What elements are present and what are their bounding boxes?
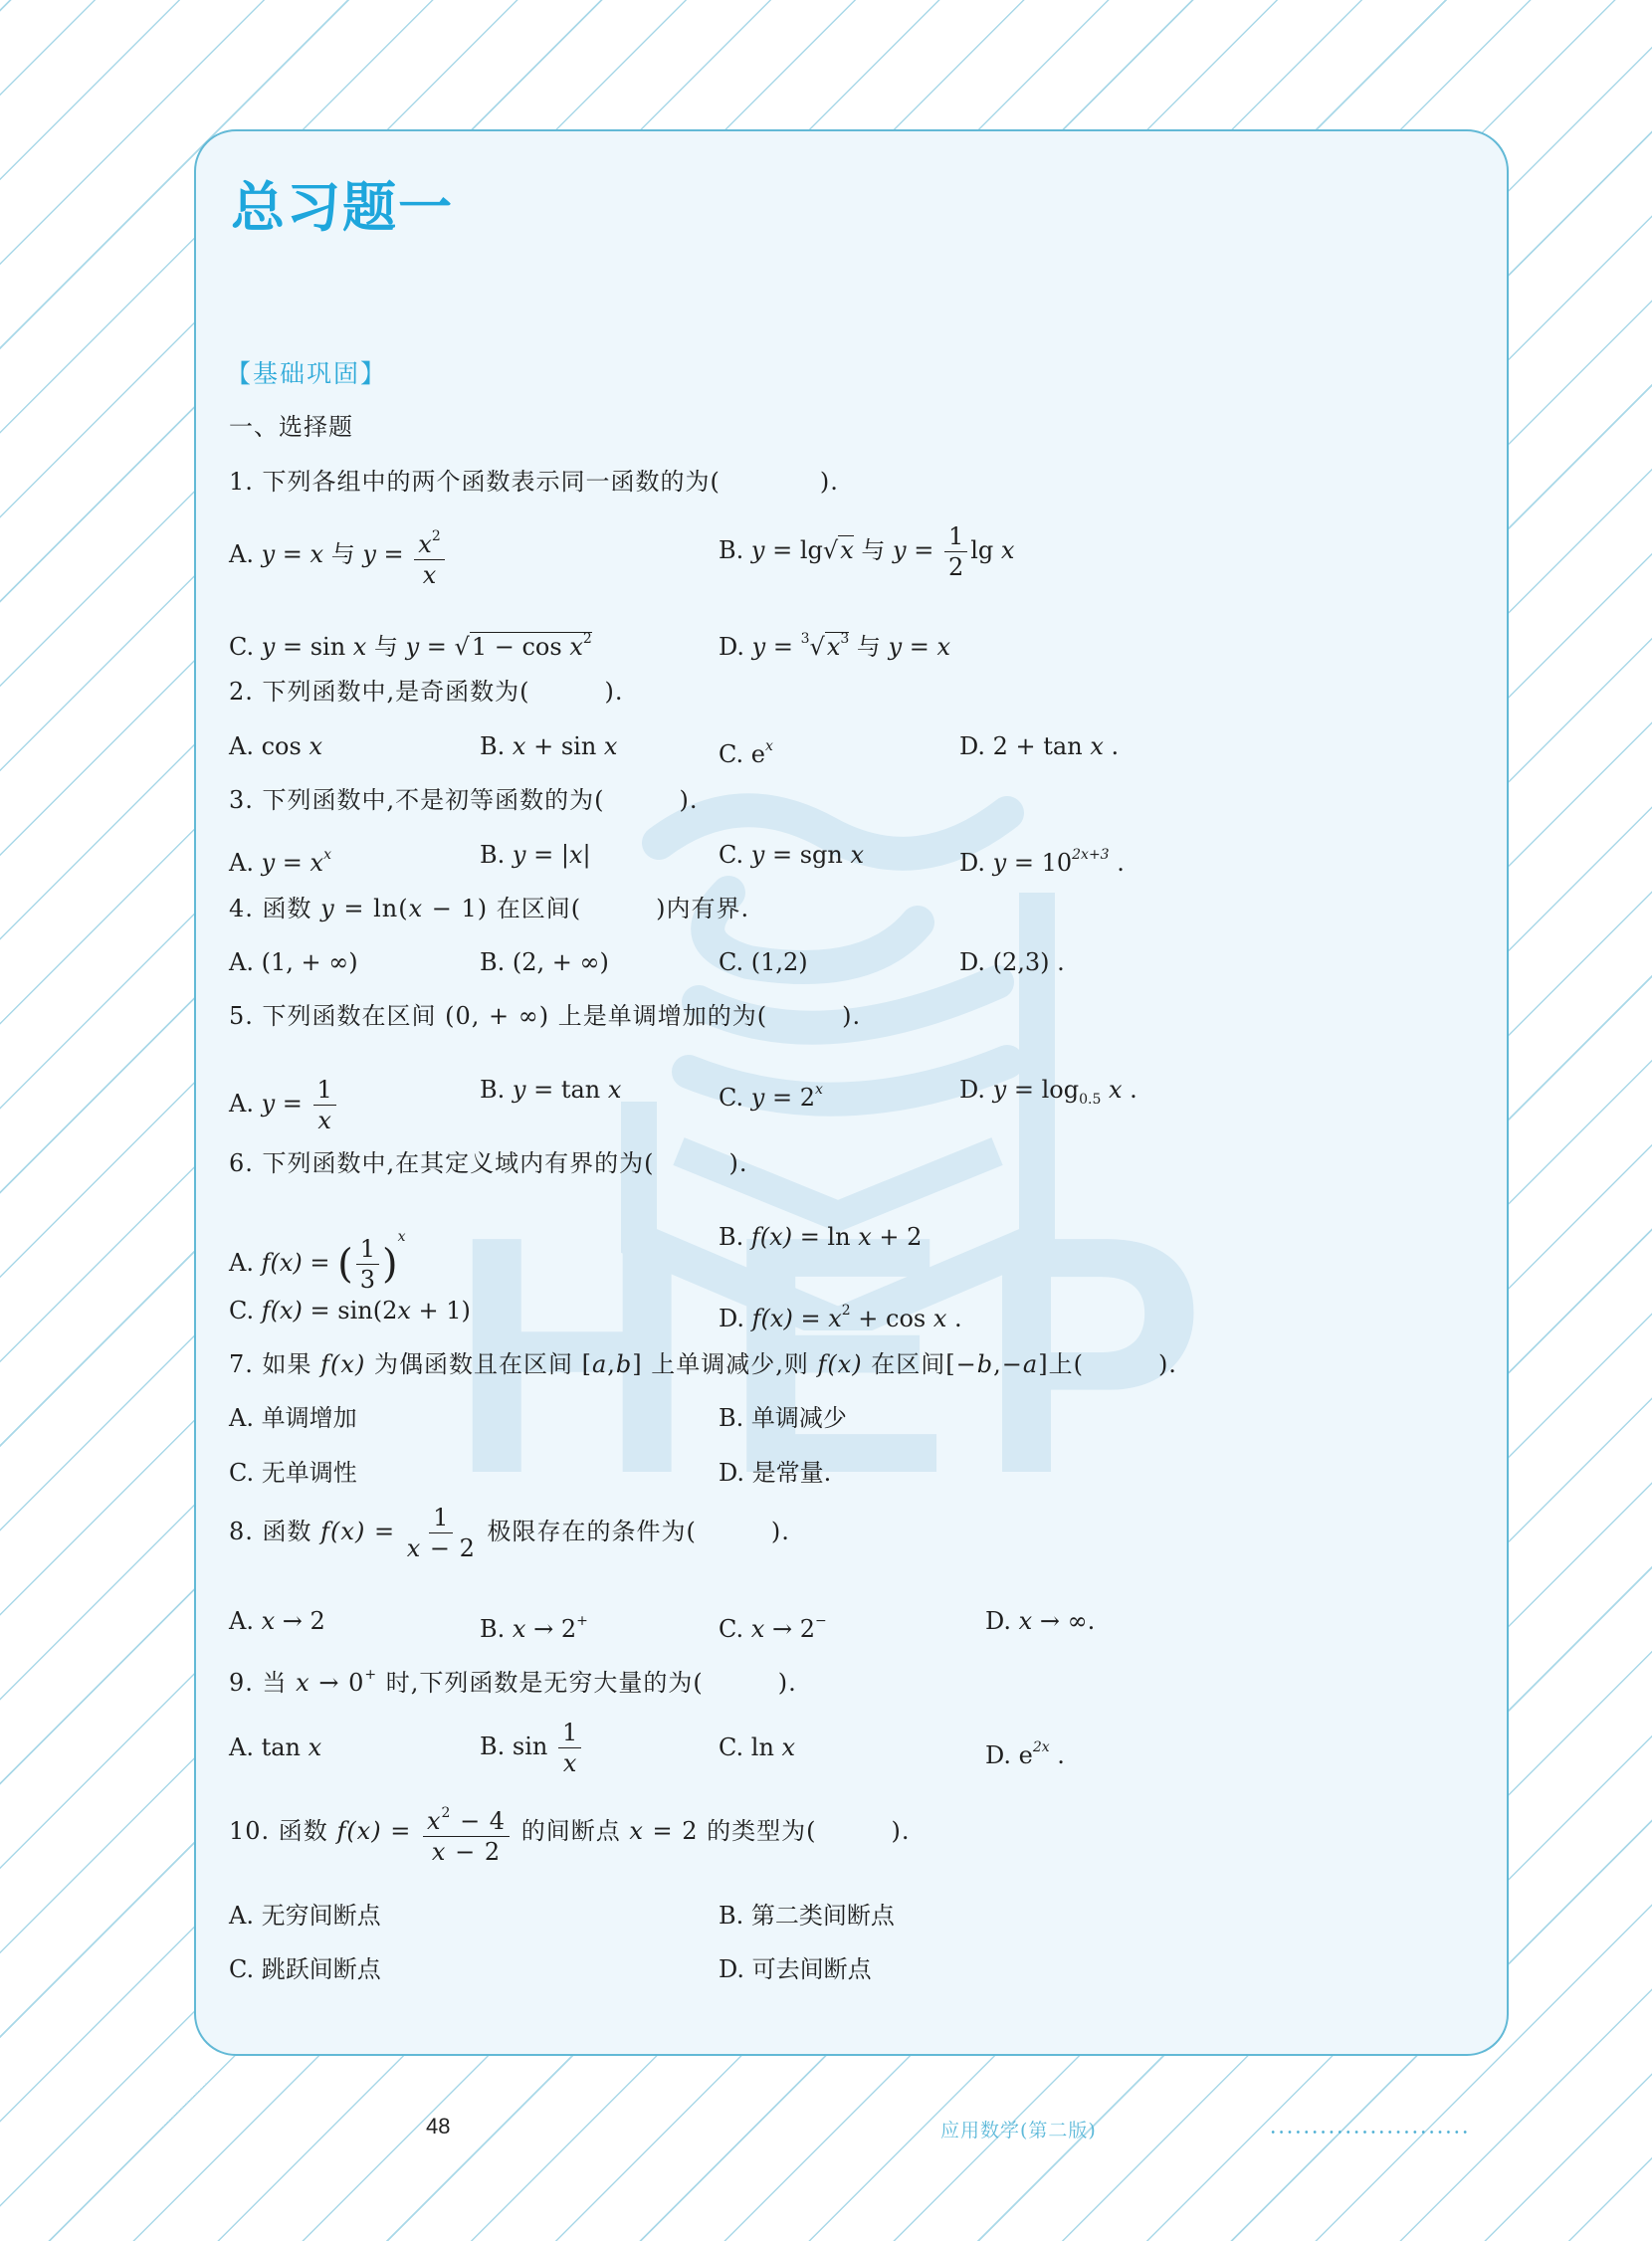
math-op: = (275, 540, 310, 568)
question-9-option-b[interactable]: B. sin 1x (480, 1718, 584, 1778)
math-var: x (1109, 1076, 1123, 1104)
section-label: 【基础巩固】 (226, 354, 387, 390)
question-1-option-c[interactable]: C. y = sin x 与 y = √1 − cos x2 (229, 624, 592, 662)
math-var: x (858, 1223, 872, 1251)
math-var: a (1023, 1350, 1038, 1378)
option-letter: C. (719, 1733, 751, 1761)
numerator: 1 (429, 1503, 453, 1533)
superscript: + (364, 1667, 377, 1683)
arrow: → (310, 1669, 348, 1697)
arrow: → (275, 1607, 310, 1635)
math-var: x (432, 1838, 447, 1866)
denominator: x (563, 1748, 577, 1778)
option-letter: B. (480, 1615, 513, 1643)
option-letter: B. (719, 536, 751, 564)
math-var: x (418, 530, 432, 558)
option-letter: B. (480, 841, 513, 869)
math-var: y (262, 1090, 276, 1118)
math-var: x (513, 1615, 526, 1643)
question-1-option-b[interactable]: B. y = lg√x 与 y = 12lg x (719, 521, 1014, 582)
root-index: 3 (801, 631, 810, 647)
radicand: 1 − cos x2 (470, 632, 592, 661)
stem-text: = 2 的类型为( ). (644, 1817, 911, 1845)
question-3-option-a[interactable]: A. y = xx (229, 840, 331, 878)
option-text: D. 2 + tan (959, 732, 1090, 760)
math-fn: f(x) (320, 1350, 365, 1378)
math-fn: tan (561, 1076, 608, 1104)
question-8-option-d[interactable]: D. x → ∞. (985, 1606, 1095, 1636)
math-fn: f(x) (262, 1297, 303, 1324)
question-5-stem: 5. 下列函数在区间 (0, + ∞) 上是单调增加的为( ). (229, 1001, 861, 1031)
math-num: 2 (561, 1615, 576, 1643)
stem-text: ]上( ). (1038, 1350, 1177, 1378)
period: . (1123, 1076, 1137, 1104)
conj: 与 (857, 633, 881, 661)
math-op: = (902, 633, 936, 661)
option-letter: C. (229, 633, 262, 661)
question-7-option-c[interactable]: C. 无单调性 (229, 1458, 357, 1488)
question-6-option-b[interactable]: B. f(x) = ln x + 2 (719, 1222, 922, 1252)
conj: 与 (861, 536, 885, 564)
math-op: = (907, 536, 941, 564)
numerator: 1 (558, 1718, 581, 1748)
math-var: y (889, 633, 903, 661)
stem-text: 4. 函数 (229, 895, 320, 922)
question-9-stem: 9. 当 x → 0+ 时,下列函数是无穷大量的为( ). (229, 1660, 797, 1698)
math-fn: ln (751, 1733, 782, 1761)
math-op: = (525, 1076, 560, 1104)
math-op: = (303, 1249, 337, 1277)
math-var: x (604, 732, 618, 760)
math-op: = (765, 633, 800, 661)
question-6-stem: 6. 下列函数中,在其定义域内有界的为( ). (229, 1148, 748, 1178)
period: . (946, 1305, 961, 1332)
fraction: 12 (944, 521, 967, 582)
question-2-option-d[interactable]: D. 2 + tan x . (959, 731, 1119, 761)
question-1-option-d[interactable]: D. y = 3√x3 与 y = x (719, 624, 950, 662)
option-letter: D. (985, 1607, 1019, 1635)
math-op: = (764, 841, 799, 869)
math-op: = ln (792, 1223, 858, 1251)
math-var: x (933, 1305, 947, 1332)
option-letter: C. (719, 1615, 751, 1643)
fraction: 1x − 2 (407, 1503, 476, 1563)
exponent: 2x (1033, 1739, 1050, 1755)
question-2-option-a[interactable]: A. cos x (229, 731, 322, 761)
math-op: = (376, 540, 411, 568)
math-op: = (275, 633, 310, 661)
question-10-option-a[interactable]: A. 无穷间断点 (229, 1901, 381, 1931)
exercise-card: HEP 总习题一 【基础巩固】 一、选择题 1. 下列各组中的两个函数表示同一函… (194, 129, 1509, 2056)
math-fn: f(x) (751, 1223, 792, 1251)
math-var: x (569, 633, 583, 661)
exponent: 2x+3 (1072, 847, 1109, 863)
fraction: x2 − 4x − 2 (423, 1798, 510, 1867)
option-letter: A. (229, 1607, 262, 1635)
exponent: x (398, 1229, 406, 1245)
math-var: y (262, 540, 276, 568)
math-var: x (409, 895, 424, 922)
math-fn: f(x) (262, 1249, 303, 1277)
math-var: x (850, 841, 864, 869)
question-1-stem: 1. 下列各组中的两个函数表示同一函数的为( ). (229, 467, 839, 497)
math-var: x (1001, 536, 1015, 564)
math-var: y (262, 849, 276, 877)
question-10-option-c[interactable]: C. 跳跃间断点 (229, 1954, 381, 1984)
question-5-option-d[interactable]: D. y = log0.5 x . (959, 1075, 1137, 1115)
math-var: b (616, 1350, 632, 1378)
option-text: A. cos (229, 732, 309, 760)
math-var: x (828, 1305, 842, 1332)
math-var: x (782, 1733, 796, 1761)
question-4-option-a[interactable]: A. (1, + ∞) (229, 947, 358, 977)
math-var: b (977, 1350, 993, 1378)
period: . (1104, 732, 1119, 760)
exponent: x (765, 738, 773, 754)
math-op: = (365, 1518, 403, 1545)
stem-text: ] 上单调减少,则 (632, 1350, 817, 1378)
stem-text: 10. 函数 (229, 1817, 336, 1845)
math-var: x (427, 1807, 442, 1835)
question-7-option-a[interactable]: A. 单调增加 (229, 1403, 357, 1433)
fraction: 1x (558, 1718, 581, 1778)
option-letter: C. (719, 1084, 751, 1112)
math-num: 10 (1042, 849, 1073, 877)
math-num: 2 (800, 1615, 815, 1643)
option-letter: D. (719, 1305, 752, 1332)
option-letter: B. (480, 1076, 513, 1104)
question-10-option-d[interactable]: D. 可去间断点 (719, 1954, 872, 1984)
math-var: x (309, 732, 322, 760)
question-4-option-c[interactable]: C. (1,2) (719, 947, 808, 977)
numerator: x2 − 4 (423, 1798, 510, 1837)
conj: 与 (374, 633, 398, 661)
book-title: 应用数学(第二版) (940, 2116, 1097, 2142)
abs-bar: | (561, 841, 569, 869)
math-op: = (1006, 849, 1041, 877)
math-op: + 1) (411, 1297, 471, 1324)
math-var: y (513, 1076, 526, 1104)
question-5-option-c[interactable]: C. y = 2x (719, 1075, 823, 1113)
question-9-option-c[interactable]: C. ln x (719, 1732, 795, 1762)
math-num: 2 (310, 1607, 325, 1635)
numerator: 1 (356, 1234, 379, 1265)
math-op: − 2 (446, 1838, 501, 1866)
stem-text: 时,下列函数是无穷大量的为( ). (377, 1669, 797, 1697)
period: . (1050, 1741, 1065, 1769)
option-letter: D. (719, 633, 752, 661)
stem-text: 8. 函数 (229, 1518, 320, 1545)
math-var: y (751, 841, 765, 869)
math-var: a (592, 1350, 607, 1378)
math-var: x (310, 540, 324, 568)
denominator: x (317, 1106, 331, 1135)
math-op: − 2 (421, 1534, 476, 1562)
math-var: x (513, 732, 526, 760)
math-var: x (262, 1607, 276, 1635)
math-var: x (423, 560, 437, 590)
math-fn: f(x) (818, 1350, 863, 1378)
stem-text: 7. 如果 (229, 1350, 320, 1378)
period: . (1110, 849, 1125, 877)
stem-text: 极限存在的条件为( ). (479, 1518, 790, 1545)
superscript: − (815, 1613, 827, 1629)
log-base: 0.5 (1079, 1092, 1101, 1108)
math-op: = (275, 1090, 310, 1118)
question-10-option-b[interactable]: B. 第二类间断点 (719, 1901, 895, 1931)
question-7-stem: 7. 如果 f(x) 为偶函数且在区间 [a,b] 上单调减少,则 f(x) 在… (229, 1349, 1177, 1379)
math-fn: tan (262, 1733, 309, 1761)
question-5-option-a[interactable]: A. y = 1x (229, 1075, 339, 1135)
question-7-option-b[interactable]: B. 单调减少 (719, 1403, 847, 1433)
math-num: 2 (800, 1084, 815, 1112)
math-fn: f(x) (752, 1305, 793, 1332)
math-var: x (629, 1817, 644, 1845)
numerator: 1 (313, 1075, 336, 1106)
math-var: y (893, 536, 907, 564)
stem-text: − 1) 在区间( )内有界. (423, 895, 749, 922)
exponent: 2 (842, 1303, 851, 1319)
math-op: + cos (851, 1305, 933, 1332)
option-letter: D. (985, 1741, 1019, 1769)
stem-text: 为偶函数且在区间 [ (365, 1350, 592, 1378)
stem-text: 9. 当 (229, 1669, 296, 1697)
math-fn: lg (800, 536, 823, 564)
exponent: 3 (840, 631, 849, 647)
arrow: → (764, 1615, 799, 1643)
exponent: 2 (583, 631, 592, 647)
question-2-option-c[interactable]: C. ex (719, 731, 773, 769)
math-op: = (382, 1817, 420, 1845)
math-op: − 4 (451, 1807, 506, 1835)
math-var: x (937, 633, 951, 661)
radicand: x3 (825, 632, 849, 661)
question-1-option-a[interactable]: A. y = x 与 y = x2x (229, 521, 448, 590)
option-letter: A. (229, 1090, 262, 1118)
question-3-stem: 3. 下列函数中,不是初等函数的为( ). (229, 785, 699, 815)
math-var: x (309, 1733, 322, 1761)
math-expr: 1 − cos (472, 633, 569, 661)
question-9-option-a[interactable]: A. tan x (229, 1732, 321, 1762)
math-var: x (353, 633, 367, 661)
page-number: 48 (426, 2114, 450, 2139)
numerator: 1 (944, 521, 967, 552)
math-op: + 2 (872, 1223, 923, 1251)
exponent: 2 (442, 1805, 452, 1821)
math-fn: lg (970, 536, 1001, 564)
math-op: = (525, 841, 560, 869)
superscript: + (576, 1613, 588, 1629)
question-8-option-b[interactable]: B. x → 2+ (480, 1606, 588, 1644)
math-fn: log (1042, 1076, 1080, 1104)
question-6-option-d[interactable]: D. f(x) = x2 + cos x . (719, 1296, 962, 1333)
question-3-option-d[interactable]: D. y = 102x+3 . (959, 840, 1125, 878)
math-var: y (320, 895, 335, 922)
exponent: 2 (432, 528, 441, 544)
question-8-option-a[interactable]: A. x → 2 (229, 1606, 325, 1636)
option-letter: A. (229, 1733, 262, 1761)
question-9-option-d[interactable]: D. e2x . (985, 1732, 1065, 1770)
fraction: x2x (414, 521, 444, 590)
question-8-stem: 8. 函数 f(x) = 1x − 2 极限存在的条件为( ). (229, 1503, 790, 1563)
math-fn: sin (310, 633, 353, 661)
math-fn: f(x) (320, 1518, 365, 1545)
question-4-stem: 4. 函数 y = ln(x − 1) 在区间( )内有界. (229, 894, 749, 923)
math-var: y (993, 1076, 1007, 1104)
question-6-option-a[interactable]: A. f(x) = (13)x (229, 1222, 406, 1295)
option-letter: D. (959, 1076, 993, 1104)
arrow: → (525, 1615, 560, 1643)
exponent: x (815, 1082, 823, 1098)
question-6-option-c[interactable]: C. f(x) = sin(2x + 1) (229, 1296, 471, 1325)
question-5-option-b[interactable]: B. y = tan x (480, 1075, 621, 1105)
part-heading: 一、选择题 (229, 412, 353, 442)
math-var: x (608, 1076, 622, 1104)
math-op: = (764, 536, 799, 564)
option-letter: B. (719, 1223, 751, 1251)
stem-text: 的间断点 (513, 1817, 629, 1845)
option-letter: C. (229, 1297, 262, 1324)
question-10-stem: 10. 函数 f(x) = x2 − 4x − 2 的间断点 x = 2 的类型… (229, 1798, 911, 1867)
math-fn: sin (561, 732, 604, 760)
math-var: y (513, 841, 526, 869)
denominator: 3 (360, 1265, 375, 1295)
stem-text: 在区间[− (863, 1350, 977, 1378)
question-2-stem: 2. 下列函数中,是奇函数为( ). (229, 677, 624, 707)
option-letter: D. (959, 849, 993, 877)
math-var: y (262, 633, 276, 661)
question-4-option-b[interactable]: B. (2, + ∞) (480, 947, 609, 977)
question-8-option-c[interactable]: C. x → 2− (719, 1606, 827, 1644)
option-letter: A. (229, 1249, 262, 1277)
math-var: x (1090, 732, 1104, 760)
math-var: y (362, 540, 376, 568)
question-2-option-b[interactable]: B. x + sin x (480, 731, 617, 761)
denominator: x − 2 (432, 1837, 501, 1867)
option-letter: C. (719, 841, 751, 869)
option-text: B. (480, 732, 513, 760)
fraction: 1x (313, 1075, 336, 1135)
comma: ,− (993, 1350, 1023, 1378)
math-op: = (419, 633, 454, 661)
math-var: y (751, 1084, 765, 1112)
denominator: x − 2 (407, 1533, 476, 1563)
option-letter: A. (229, 540, 262, 568)
math-const: e (1019, 1741, 1033, 1769)
math-op: = (1006, 1076, 1041, 1104)
math-var: x (827, 633, 841, 661)
exponent: x (323, 847, 331, 863)
question-4-option-d[interactable]: D. (2,3) . (959, 947, 1065, 977)
option-letter: A. (229, 849, 262, 877)
question-3-option-c[interactable]: C. y = sgn x (719, 840, 864, 870)
math-var: x (310, 849, 324, 877)
fraction: 13 (356, 1234, 379, 1295)
stem-text: = ln( (335, 895, 409, 922)
math-var: x (407, 1534, 422, 1562)
math-var: x (751, 1615, 765, 1643)
question-7-option-d[interactable]: D. 是常量. (719, 1458, 831, 1488)
denominator: 2 (948, 552, 963, 582)
math-op: = (764, 1084, 799, 1112)
comma: , (607, 1350, 616, 1378)
math-fn: sgn (800, 841, 851, 869)
dotted-rule (1269, 2131, 1470, 2134)
math-var: x (569, 841, 583, 869)
math-fn: f(x) (336, 1817, 381, 1845)
math-var: y (993, 849, 1007, 877)
math-var: x (296, 1669, 310, 1697)
infinity: ∞. (1068, 1607, 1096, 1635)
math-op: = (793, 1305, 828, 1332)
option-letter: B. (480, 1732, 513, 1760)
math-num: 0 (348, 1669, 364, 1697)
math-op: = sin(2 (303, 1297, 397, 1324)
math-fn: sin (513, 1732, 555, 1760)
abs-bar: | (582, 841, 590, 869)
option-text: C. e (719, 740, 765, 768)
conj: 与 (331, 540, 355, 568)
question-3-option-b[interactable]: B. y = |x| (480, 840, 591, 870)
math-var: y (752, 633, 766, 661)
math-var: x (1019, 1607, 1033, 1635)
arrow: → (1032, 1607, 1067, 1635)
page-title: 总习题一 (231, 165, 454, 242)
math-var: x (838, 535, 854, 564)
math-var: x (397, 1297, 411, 1324)
math-var: y (406, 633, 420, 661)
math-var: y (751, 536, 765, 564)
math-op: = (275, 849, 310, 877)
